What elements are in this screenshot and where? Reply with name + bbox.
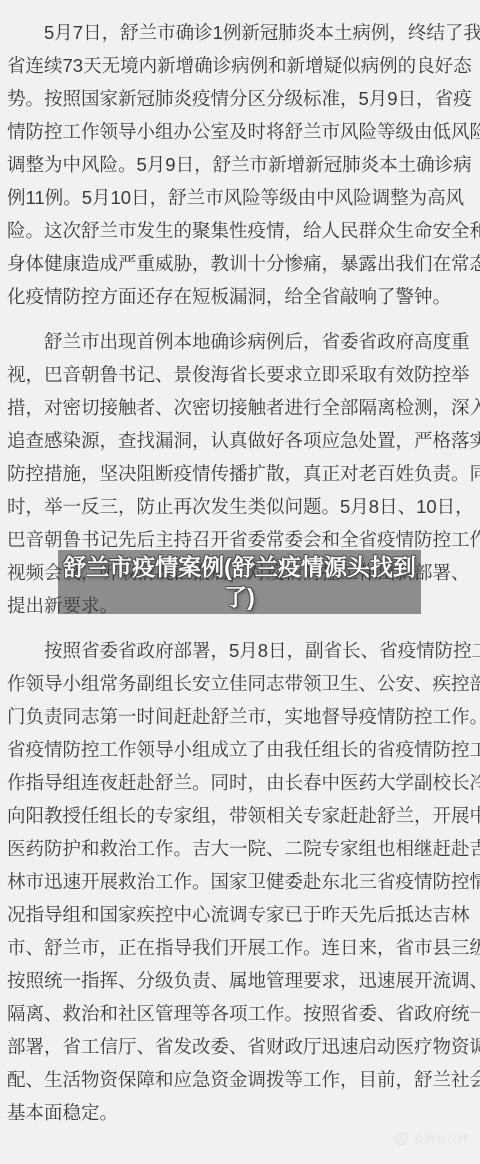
text-line: 按照统一指挥、分级负责、属地管理要求，迅速展开流调、: [7, 964, 473, 997]
text-line: 势。按照国家新冠肺炎疫情分区分级标准，5月9日，省疫: [7, 82, 473, 115]
text-line: 作指导组连夜赶赴舒兰。同时，由长春中医药大学副校长冷: [7, 766, 473, 799]
text-line: 措，对密切接触者、次密切接触者进行全部隔离检测，深入: [7, 391, 473, 424]
text-line: 追查感染源，查找漏洞，认真做好各项应急处置，严格落实: [7, 424, 473, 457]
watermark: @新浪吉林: [394, 1130, 468, 1146]
paragraph: 按照省委省政府部署，5月8日，副省长、省疫情防控工作领导小组常务副组长安立佳同志…: [7, 634, 473, 1129]
weibo-eye-icon: [394, 1131, 409, 1146]
text-line: 5月7日，舒兰市确诊1例新冠肺炎本土病例，终结了我: [7, 16, 473, 49]
text-line: 隔离、救治和社区管理等各项工作。按照省委、省政府统一: [7, 997, 473, 1030]
text-line: 险。这次舒兰市发生的聚集性疫情，给人民群众生命安全和: [7, 214, 473, 247]
text-line: 向阳教授任组长的专家组，带领相关专家赶赴舒兰，开展中: [7, 799, 473, 832]
caption-title: 舒兰市疫情案例(舒兰疫情源头找到了): [58, 550, 421, 614]
text-line: 例11例。5月10日，舒兰市风险等级由中风险调整为高风: [7, 181, 473, 214]
text-line: 舒兰市出现首例本地确诊病例后，省委省政府高度重: [7, 325, 473, 358]
text-line: 防控措施，坚决阻断疫情传播扩散，真正对老百姓负责。同: [7, 457, 473, 490]
text-line: 化疫情防控方面还存在短板漏洞，给全省敲响了警钟。: [7, 280, 473, 313]
text-line: 省疫情防控工作领导小组成立了由我任组长的省疫情防控工: [7, 733, 473, 766]
text-line: 门负责同志第一时间赶赴舒兰市，实地督导疫情防控工作。: [7, 700, 473, 733]
text-line: 部署，省工信厅、省发改委、省财政厅迅速启动医疗物资调: [7, 1030, 473, 1063]
text-line: 况指导组和国家疾控中心流调专家已于昨天先后抵达吉林: [7, 898, 473, 931]
text-line: 身体健康造成严重威胁，教训十分惨痛，暴露出我们在常态: [7, 247, 473, 280]
text-line: 视，巴音朝鲁书记、景俊海省长要求立即采取有效防控举: [7, 358, 473, 391]
text-line: 基本面稳定。: [7, 1096, 473, 1129]
paragraph: 5月7日，舒兰市确诊1例新冠肺炎本土病例，终结了我省连续73天无境内新增确诊病例…: [7, 16, 473, 313]
text-line: 省连续73天无境内新增确诊病例和新增疑似病例的良好态: [7, 49, 473, 82]
text-line: 调整为中风险。5月9日，舒兰市新增新冠肺炎本土确诊病: [7, 148, 473, 181]
text-line: 情防控工作领导小组办公室及时将舒兰市风险等级由低风险: [7, 115, 473, 148]
text-line: 按照省委省政府部署，5月8日，副省长、省疫情防控工: [7, 634, 473, 667]
text-line: 医药防护和救治工作。吉大一院、二院专家组也相继赶赴吉: [7, 832, 473, 865]
text-line: 时，举一反三，防止再次发生类似问题。5月8日、10日，: [7, 490, 473, 523]
watermark-text: @新浪吉林: [413, 1130, 468, 1146]
text-line: 配、生活物资保障和应急资金调拨等工作，目前，舒兰社会: [7, 1063, 473, 1096]
text-line: 作领导小组常务副组长安立佳同志带领卫生、公安、疾控部: [7, 667, 473, 700]
text-line: 市、舒兰市，正在指导我们开展工作。连日来，省市县三级: [7, 931, 473, 964]
text-line: 林市迅速开展救治工作。国家卫健委赴东北三省疫情防控情: [7, 865, 473, 898]
